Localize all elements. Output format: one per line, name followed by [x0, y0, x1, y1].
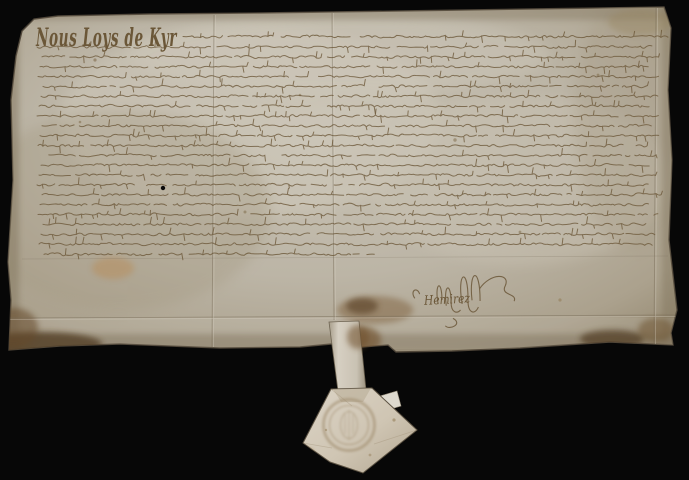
worm-hole [161, 186, 165, 190]
charter-photo-scene: Nous Loys de Kyr Hemirez [0, 0, 689, 480]
stain-round-tan [92, 257, 134, 279]
archival-photograph: Nous Loys de Kyr Hemirez [0, 0, 689, 480]
notary-signature: Hemirez [423, 291, 471, 308]
